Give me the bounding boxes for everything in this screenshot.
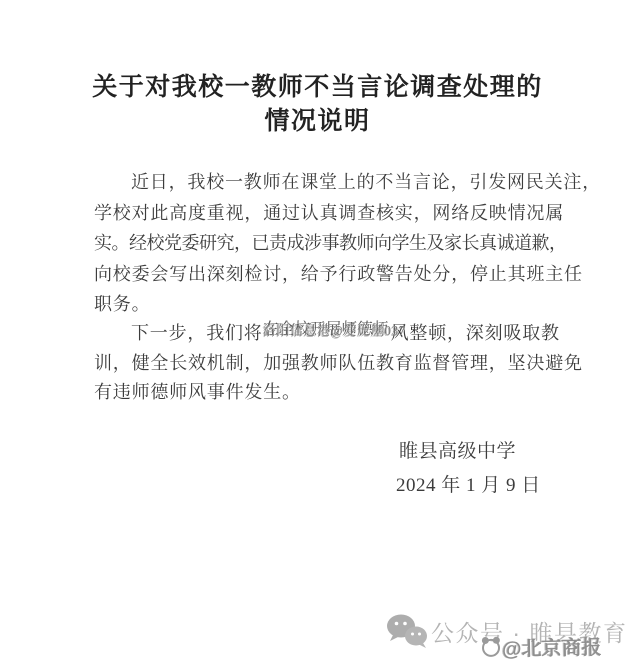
document-title-line-2: 情况说明 [0, 104, 635, 138]
paragraph-1-line-4: 向校委会写出深刻检讨，给予行政警告处分，停止其班主任 [94, 259, 578, 290]
paragraph-2-line-1: 下一步，我们将在全校开展师德师洛阳信息港@爱庞崖037风整顿，深刻吸取教 [94, 317, 578, 349]
document-page: 关于对我校一教师不当言论调查处理的 情况说明 近日，我校一教师在课堂上的不当言论… [0, 0, 635, 662]
signature-organization: 睢县高级中学 [399, 436, 516, 463]
paragraph-1-line-2: 学校对此高度重视，通过认真调查核实，网络反映情况属 [94, 198, 578, 229]
document-title-line-1: 关于对我校一教师不当言论调查处理的 [0, 70, 635, 104]
watermark-overlap-region: 在全校开展师德师洛阳信息港@爱庞崖037 [263, 317, 391, 339]
document-title: 关于对我校一教师不当言论调查处理的 情况说明 [0, 70, 635, 138]
paragraph-1-line-1: 近日，我校一教师在课堂上的不当言论，引发网民关注， [94, 167, 578, 198]
paragraph-2-line-1-before: 下一步，我们将 [131, 323, 263, 343]
paragraph-2-line-3: 有违师德师风事件发生。 [94, 378, 578, 408]
paragraph-2-line-2: 训，健全长效机制，加强教师队伍教育监督管理，坚决避免 [94, 349, 578, 379]
press-watermark-text: @北京商报 [502, 631, 602, 662]
press-watermark: @北京商报 [482, 631, 602, 662]
paragraph-1-line-3: 实。经校党委研究，已责成涉事教师向学生及家长真诚道歉， [94, 228, 578, 259]
paragraph-2-line-1-after: 风整顿，深刻吸取教 [391, 323, 560, 343]
site-watermark-text: 洛阳信息港@爱庞崖037 [263, 317, 406, 347]
panda-logo-icon [482, 638, 500, 656]
signature-date: 2024 年 1 月 9 日 [396, 470, 541, 497]
paragraph-1: 近日，我校一教师在课堂上的不当言论，引发网民关注， 学校对此高度重视，通过认真调… [94, 167, 578, 320]
wechat-icon [386, 613, 428, 649]
paragraph-2: 下一步，我们将在全校开展师德师洛阳信息港@爱庞崖037风整顿，深刻吸取教 训，健… [94, 317, 578, 408]
